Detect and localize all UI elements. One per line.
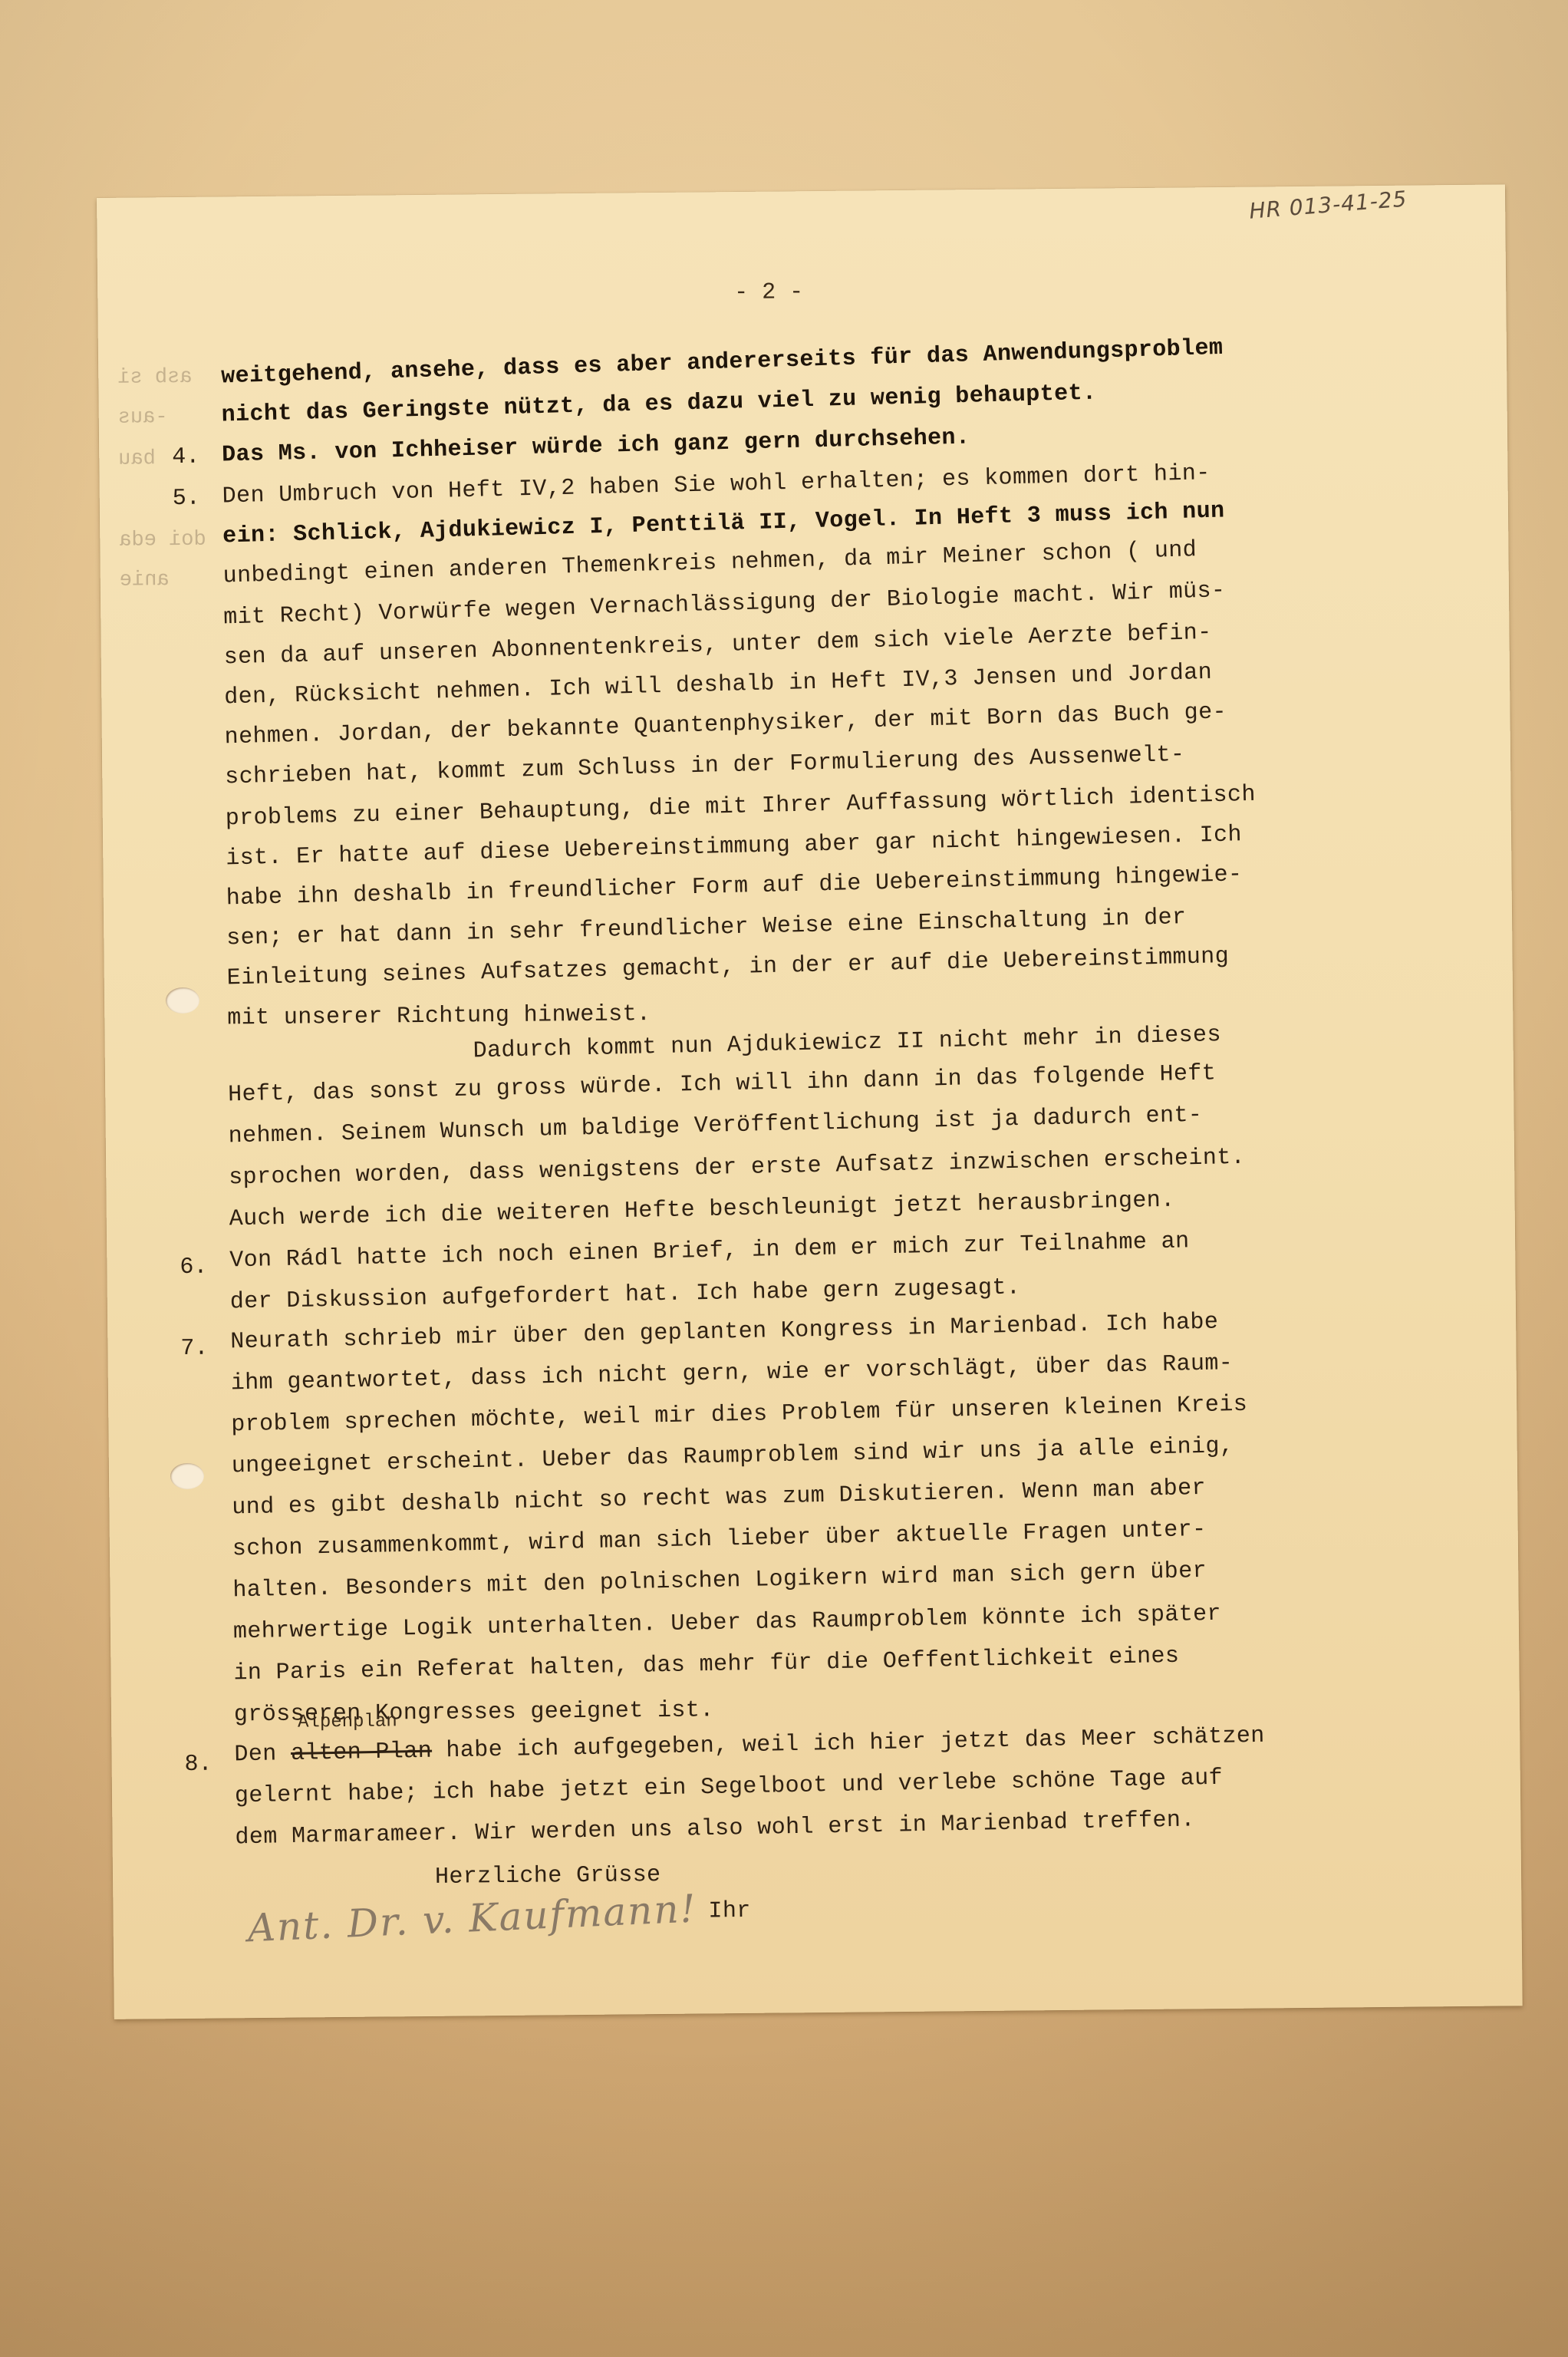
item-number-6: 6. xyxy=(180,1254,207,1281)
text-line: mit unserer Richtung hinweist. xyxy=(227,1001,651,1031)
text-line: dem Marmarameer. Wir werden uns also woh… xyxy=(235,1807,1195,1851)
text-line: nicht das Geringste nützt, da es dazu vi… xyxy=(221,381,1096,429)
letter-page: HR 013-41-25 - 2 - asb si -aus bau doi e… xyxy=(97,184,1523,2019)
text-line: der Diskussion aufgefordert hat. Ich hab… xyxy=(230,1275,1021,1316)
text-line: Das Ms. von Ichheiser würde ich ganz ger… xyxy=(222,424,970,468)
item-number-4: 4. xyxy=(172,444,199,470)
text-line: Von Rádl hatte ich noch einen Brief, in … xyxy=(229,1228,1190,1274)
text-line: ist. Er hatte auf diese Uebereinstimmung… xyxy=(226,822,1242,872)
text-line: ihm geantwortet, dass ich nicht gern, wi… xyxy=(231,1350,1234,1396)
text-line: ungeeignet erscheint. Ueber das Raumprob… xyxy=(232,1433,1234,1479)
bleed-through-text: -aus xyxy=(118,406,168,430)
bleed-through-text: bau xyxy=(118,447,156,470)
text-line: Auch werde ich die weiteren Hefte beschl… xyxy=(229,1188,1174,1233)
text-line: halten. Besonders mit den polnischen Log… xyxy=(232,1558,1207,1604)
punch-hole-upper xyxy=(166,987,199,1014)
text-line: Heft, das sonst zu gross würde. Ich will… xyxy=(228,1060,1217,1108)
text-line: habe ihn deshalb in freundlicher Form au… xyxy=(226,862,1242,911)
item8-prefix: Den xyxy=(234,1741,277,1768)
text-line: sen; er hat dann in sehr freundlicher We… xyxy=(226,905,1187,951)
item-number-7: 7. xyxy=(180,1336,208,1362)
text-line: nehmen. Seinem Wunsch um baldige Veröffe… xyxy=(228,1103,1202,1150)
archive-number: HR 013-41-25 xyxy=(1248,186,1408,223)
bleed-through-text: asb si xyxy=(117,366,193,390)
punch-hole-lower xyxy=(170,1463,204,1489)
bleed-through-text: anie xyxy=(120,569,170,592)
handwritten-pencil-note: Ant. Dr. v. Kaufmann! xyxy=(247,1886,698,1950)
item-number-5: 5. xyxy=(173,486,200,512)
item-number-8: 8. xyxy=(184,1752,212,1778)
closing: Herzliche Grüsse xyxy=(435,1862,661,1891)
text-line: schon zusammenkommt, wird man sich liebe… xyxy=(232,1517,1207,1562)
text-line: Neurath schrieb mir über den geplanten K… xyxy=(230,1310,1219,1356)
text-line: mehrwertige Logik unterhalten. Ueber das… xyxy=(233,1601,1222,1646)
item8-rest: habe ich aufgegeben, weil ich hier jetzt… xyxy=(446,1723,1265,1765)
bleed-through-text: doi eda xyxy=(119,529,206,552)
typed-insertion: Alpenplan xyxy=(298,1711,397,1732)
text-line: problem sprechen möchte, weil mir dies P… xyxy=(231,1392,1247,1439)
text-line: sprochen worden, dass wenigstens der ers… xyxy=(229,1145,1245,1192)
signature: Ihr xyxy=(708,1898,751,1925)
page-number: - 2 - xyxy=(734,279,803,306)
text-line: und es gibt deshalb nicht so recht was z… xyxy=(232,1475,1206,1521)
struck-text: alten Plan xyxy=(291,1739,433,1767)
text-line: in Paris ein Referat halten, das mehr fü… xyxy=(233,1643,1179,1687)
text-line: Einleitung seines Aufsatzes gemacht, in … xyxy=(226,944,1229,991)
text-line: schrieben hat, kommt zum Schluss in der … xyxy=(225,742,1185,790)
text-line: gelernt habe; ich habe jetzt ein Segelbo… xyxy=(235,1765,1224,1810)
text-line: Dadurch kommt nun Ajdukiewicz II nicht m… xyxy=(473,1022,1221,1064)
